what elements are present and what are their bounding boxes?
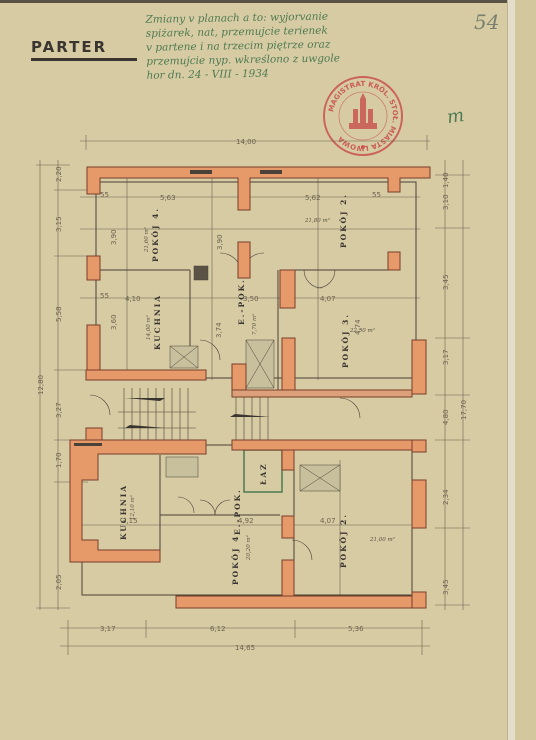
svg-text:12,10 m²: 12,10 m² xyxy=(129,495,136,520)
svg-text:3,17: 3,17 xyxy=(442,349,450,365)
svg-text:1,70: 1,70 xyxy=(55,452,63,468)
floor-plan: 14,00 14,65 3,17 6,12 5,36 5,63 5,62 4,1… xyxy=(0,0,536,740)
svg-text:3,74: 3,74 xyxy=(215,322,223,338)
svg-text:1,40: 1,40 xyxy=(442,172,450,188)
svg-text:3,27: 3,27 xyxy=(55,402,63,418)
svg-text:3,10: 3,10 xyxy=(442,194,450,210)
room-area-labels: 21,60 m² 21,80 m² 14,00 m² 7,70 m² 22,50… xyxy=(129,217,395,561)
svg-text:21,00 m²: 21,00 m² xyxy=(369,536,395,543)
room-label: POKÓJ 3. xyxy=(341,313,350,368)
svg-text:2,05: 2,05 xyxy=(55,574,63,590)
room-label: KUCHNIA xyxy=(153,294,162,350)
dim-interior: 4,10 xyxy=(125,295,141,303)
room-label: KUCHNIA xyxy=(119,484,128,540)
room-label: E.-POK. xyxy=(233,488,242,535)
dim-interior: 55 xyxy=(100,292,109,300)
dim-interior: 4,07 xyxy=(320,517,336,525)
svg-text:17,70: 17,70 xyxy=(460,400,468,420)
dim-interior: 55 xyxy=(100,191,109,199)
svg-text:3,60: 3,60 xyxy=(110,314,118,330)
svg-text:3,45: 3,45 xyxy=(442,579,450,595)
svg-text:3,45: 3,45 xyxy=(442,274,450,290)
svg-text:3,15: 3,15 xyxy=(55,216,63,232)
room-label: ŁAZ xyxy=(259,462,268,485)
svg-text:3,90: 3,90 xyxy=(216,234,224,250)
dim-interior: 5,62 xyxy=(305,194,321,202)
dim-bottom: 14,65 xyxy=(235,644,255,652)
stair-arrows xyxy=(125,395,270,431)
window-marks xyxy=(74,170,282,446)
svg-text:5,58: 5,58 xyxy=(55,306,63,322)
dim-interior: 4,07 xyxy=(320,295,336,303)
room-label: POKÓJ 4. xyxy=(231,530,240,585)
dim-bottom-seg: 6,12 xyxy=(210,625,226,633)
room-label: POKÓJ 2. xyxy=(339,513,348,568)
dim-interior: 5,63 xyxy=(160,194,176,202)
dim-top: 14,00 xyxy=(236,138,256,146)
room-label: E.-POK. xyxy=(237,278,246,325)
svg-text:4,80: 4,80 xyxy=(442,409,450,425)
svg-text:21,60 m²: 21,60 m² xyxy=(143,227,150,253)
svg-text:7,70 m²: 7,70 m² xyxy=(251,314,258,335)
svg-text:22,50 m²: 22,50 m² xyxy=(349,327,375,334)
svg-text:3,90: 3,90 xyxy=(110,229,118,245)
svg-text:20,20 m²: 20,20 m² xyxy=(245,535,252,561)
svg-text:12,80: 12,80 xyxy=(37,375,45,395)
svg-text:2,20: 2,20 xyxy=(55,166,63,182)
svg-text:21,80 m²: 21,80 m² xyxy=(304,217,330,224)
dim-bottom-seg: 5,36 xyxy=(348,625,364,633)
room-label: POKÓJ 4. xyxy=(151,207,160,262)
dim-interior: 55 xyxy=(372,191,381,199)
dim-bottom-seg: 3,17 xyxy=(100,625,116,633)
room-label: POKÓJ 2. xyxy=(339,193,348,248)
svg-text:2,34: 2,34 xyxy=(442,489,450,505)
svg-text:14,00 m²: 14,00 m² xyxy=(145,315,152,340)
